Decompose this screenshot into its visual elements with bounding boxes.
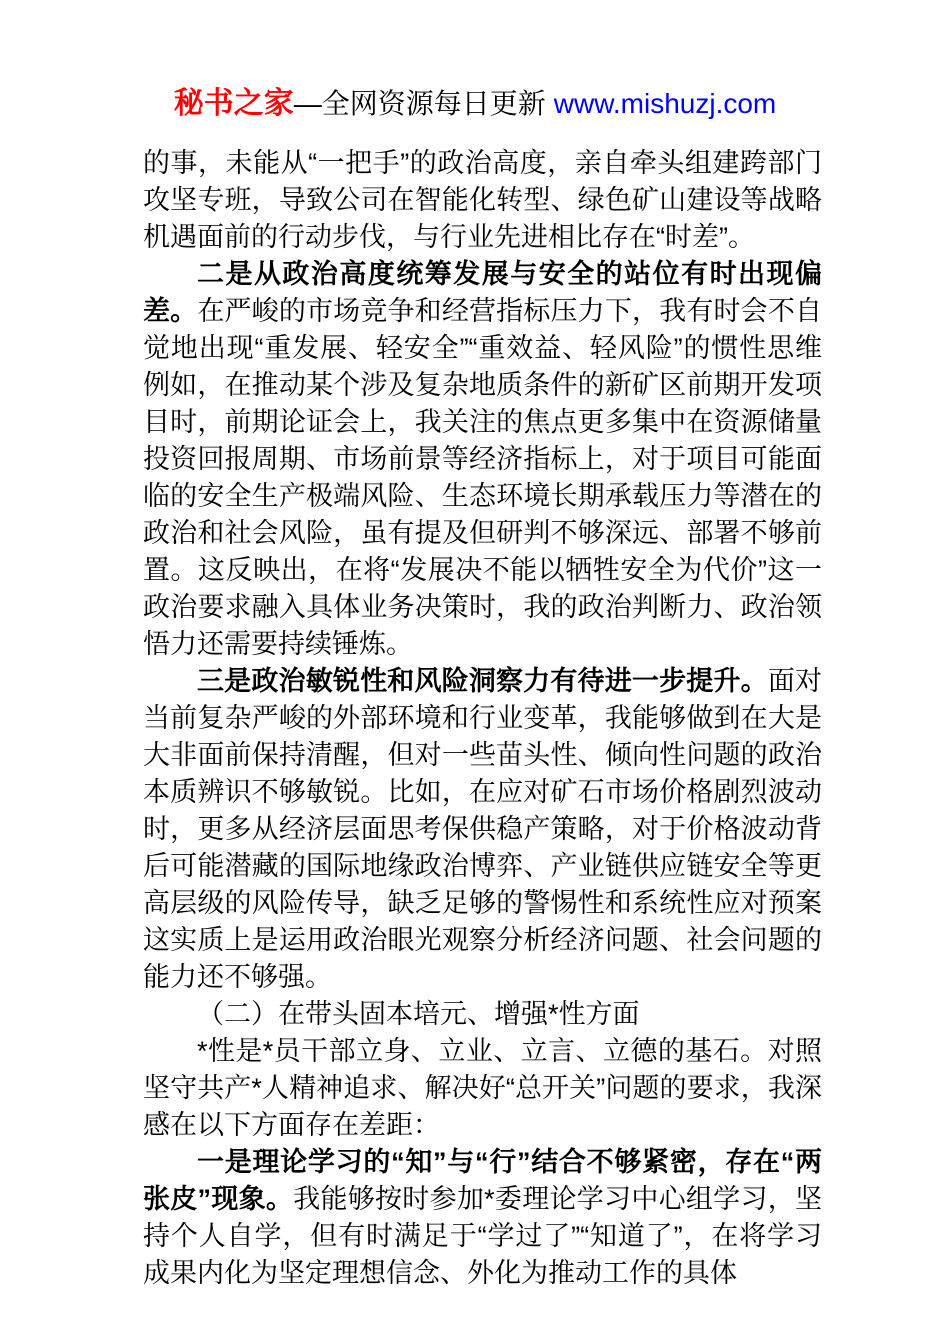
paragraph: *性是*员干部立身、立业、立言、立德的基石。对照坚守共产*人精神追求、解决好“总…	[143, 1033, 822, 1144]
text-run: （二）在带头固本培元、增强*性方面	[197, 999, 640, 1029]
paragraph: 三是政治敏锐性和风险洞察力有待进一步提升。面对当前复杂严峻的外部环境和行业变革，…	[143, 663, 822, 996]
document-body: 的事，未能从“一把手”的政治高度，亲自牵头组建跨部门攻坚专班，导致公司在智能化转…	[143, 145, 822, 1292]
paragraph: 一是理论学习的“知”与“行”结合不够紧密，存在“两张皮”现象。我能够按时参加*委…	[143, 1144, 822, 1292]
text-run-bold: 三是政治敏锐性和风险洞察力有待进一步提升。	[197, 666, 768, 696]
document-page: 秘书之家—全网资源每日更新www.mishuzj.com 的事，未能从“一把手”…	[0, 0, 950, 1344]
text-run: *性是*员干部立身、立业、立言、立德的基石。对照坚守共产*人精神追求、解决好“总…	[143, 1036, 822, 1140]
site-header: 秘书之家—全网资源每日更新www.mishuzj.com	[0, 0, 950, 120]
text-run: 在严峻的市场竞争和经营指标压力下，我有时会不自觉地出现“重发展、轻安全”“重效益…	[143, 296, 822, 659]
site-url-link[interactable]: www.mishuzj.com	[554, 88, 776, 119]
site-tagline: —全网资源每日更新	[294, 88, 546, 119]
paragraph: 的事，未能从“一把手”的政治高度，亲自牵头组建跨部门攻坚专班，导致公司在智能化转…	[143, 145, 822, 256]
paragraph: 二是从政治高度统筹发展与安全的站位有时出现偏差。在严峻的市场竞争和经营指标压力下…	[143, 256, 822, 663]
text-run: 面对当前复杂严峻的外部环境和行业变革，我能够做到在大是大非面前保持清醒，但对一些…	[143, 666, 822, 992]
text-run: 的事，未能从“一把手”的政治高度，亲自牵头组建跨部门攻坚专班，导致公司在智能化转…	[143, 148, 822, 252]
site-brand: 秘书之家	[174, 87, 294, 120]
paragraph: （二）在带头固本培元、增强*性方面	[143, 996, 822, 1033]
